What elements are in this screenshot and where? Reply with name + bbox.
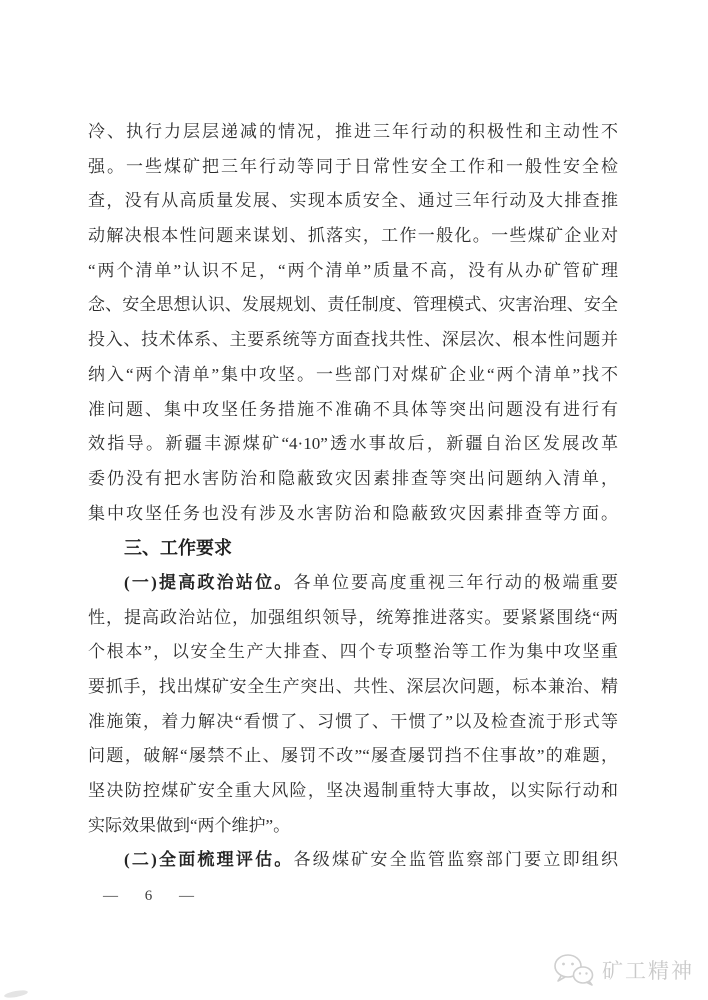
- scan-artifact: [4, 989, 29, 999]
- text-line: 动解决根本性问题来谋划、抓落实，工作一般化。一些煤矿企业对: [88, 219, 618, 254]
- text-line: (二)全面梳理评估。各级煤矿安全监管监察部门要立即组织: [88, 843, 618, 878]
- text-line: 要抓手，找出煤矿安全生产突出、共性、深层次问题，标本兼治、精: [88, 670, 618, 705]
- text-line: 坚决防控煤矿安全重大风险，坚决遏制重特大事故，以实际行动和: [88, 774, 618, 809]
- section-heading: 三、工作要求: [88, 531, 618, 566]
- subsection-rest: 各单位要高度重视三年行动的极端重要: [294, 573, 619, 592]
- text-line: 个根本”，以安全生产大排查、四个专项整治等工作为集中攻坚重: [88, 635, 618, 670]
- page-number: — 6 —: [103, 888, 201, 905]
- subsection-rest: 各级煤矿安全监管监察部门要立即组织: [294, 850, 619, 869]
- text-line: “两个清单”认识不足，“两个清单”质量不高，没有从办矿管矿理: [88, 254, 618, 289]
- text-line: 准施策，着力解决“看惯了、习惯了、干惯了”以及检查流于形式等: [88, 705, 618, 740]
- text-line: 实际效果做到“两个维护”。: [88, 809, 618, 844]
- watermark-label: 矿工精神: [602, 955, 694, 985]
- text-line: 委仍没有把水害防治和隐蔽致灾因素排查等突出问题纳入清单，: [88, 462, 618, 497]
- subsection-lead: (一)提高政治站位。: [124, 573, 294, 592]
- body-text: 冷、执行力层层递减的情况，推进三年行动的积极性和主动性不 强。一些煤矿把三年行动…: [88, 115, 618, 878]
- text-line: 集中攻坚任务也没有涉及水害防治和隐蔽致灾因素排查等方面。: [88, 497, 618, 532]
- text-line: 准问题、集中攻坚任务措施不准确不具体等突出问题没有进行有: [88, 393, 618, 428]
- text-line: (一)提高政治站位。各单位要高度重视三年行动的极端重要: [88, 566, 618, 601]
- text-line: 冷、执行力层层递减的情况，推进三年行动的积极性和主动性不: [88, 115, 618, 150]
- text-line: 性，提高政治站位，加强组织领导，统筹推进落实。要紧紧围绕“两: [88, 601, 618, 636]
- text-line: 强。一些煤矿把三年行动等同于日常性安全工作和一般性安全检: [88, 150, 618, 185]
- text-line: 问题，破解“屡禁不止、屡罚不改”“屡查屡罚挡不住事故”的难题，: [88, 739, 618, 774]
- subsection-lead: (二)全面梳理评估。: [124, 850, 294, 869]
- text-line: 效指导。新疆丰源煤矿“4·10”透水事故后，新疆自治区发展改革: [88, 427, 618, 462]
- text-line: 念、安全思想认识、发展规划、责任制度、管理模式、灾害治理、安全: [88, 288, 618, 323]
- text-line: 纳入“两个清单”集中攻坚。一些部门对煤矿企业“两个清单”找不: [88, 358, 618, 393]
- document-page: 冷、执行力层层递减的情况，推进三年行动的积极性和主动性不 强。一些煤矿把三年行动…: [0, 0, 708, 1000]
- wechat-icon: [553, 952, 595, 988]
- text-line: 投入、技术体系、主要系统等方面查找共性、深层次、根本性问题并: [88, 323, 618, 358]
- watermark: 矿工精神: [553, 952, 694, 988]
- text-line: 查，没有从高质量发展、实现本质安全、通过三年行动及大排查推: [88, 184, 618, 219]
